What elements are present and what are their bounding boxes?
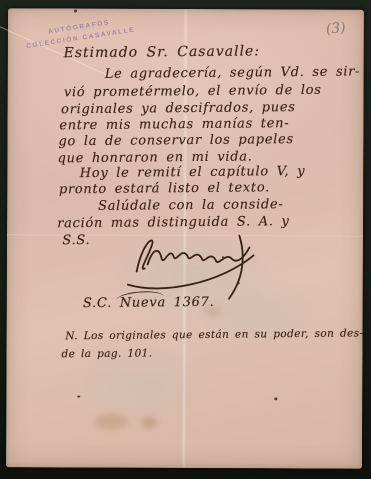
letter-page: AUTÓGRAFOS COLECCIÓN CASAVALLE (3) Estim… bbox=[6, 8, 364, 469]
letter-line: originales ya descifrados, pues bbox=[61, 100, 296, 117]
letter-line: entre mis muchas manías ten- bbox=[59, 116, 289, 133]
postscript-line: N. Los originales que están en su poder,… bbox=[65, 327, 363, 342]
letter-line: pronto estará listo el texto. bbox=[59, 180, 270, 197]
letter-handwriting: Estimado Sr. Casavalle: Le agradecería, … bbox=[7, 5, 367, 467]
closing-line: S.S. bbox=[62, 233, 90, 248]
closing-line: Salúdale con la conside- bbox=[98, 197, 284, 214]
letter-line: vió prometérmelo, el envío de los bbox=[64, 83, 322, 100]
letter-line: go la de conservar los papeles bbox=[58, 132, 294, 149]
salutation: Estimado Sr. Casavalle: bbox=[64, 43, 261, 61]
letter-line: Hoy le remití el capítulo V, y bbox=[80, 164, 306, 181]
letter-line: Le agradecería, según Vd. se sir- bbox=[105, 64, 361, 81]
postscript-line: de la pag. 101. bbox=[61, 347, 152, 360]
